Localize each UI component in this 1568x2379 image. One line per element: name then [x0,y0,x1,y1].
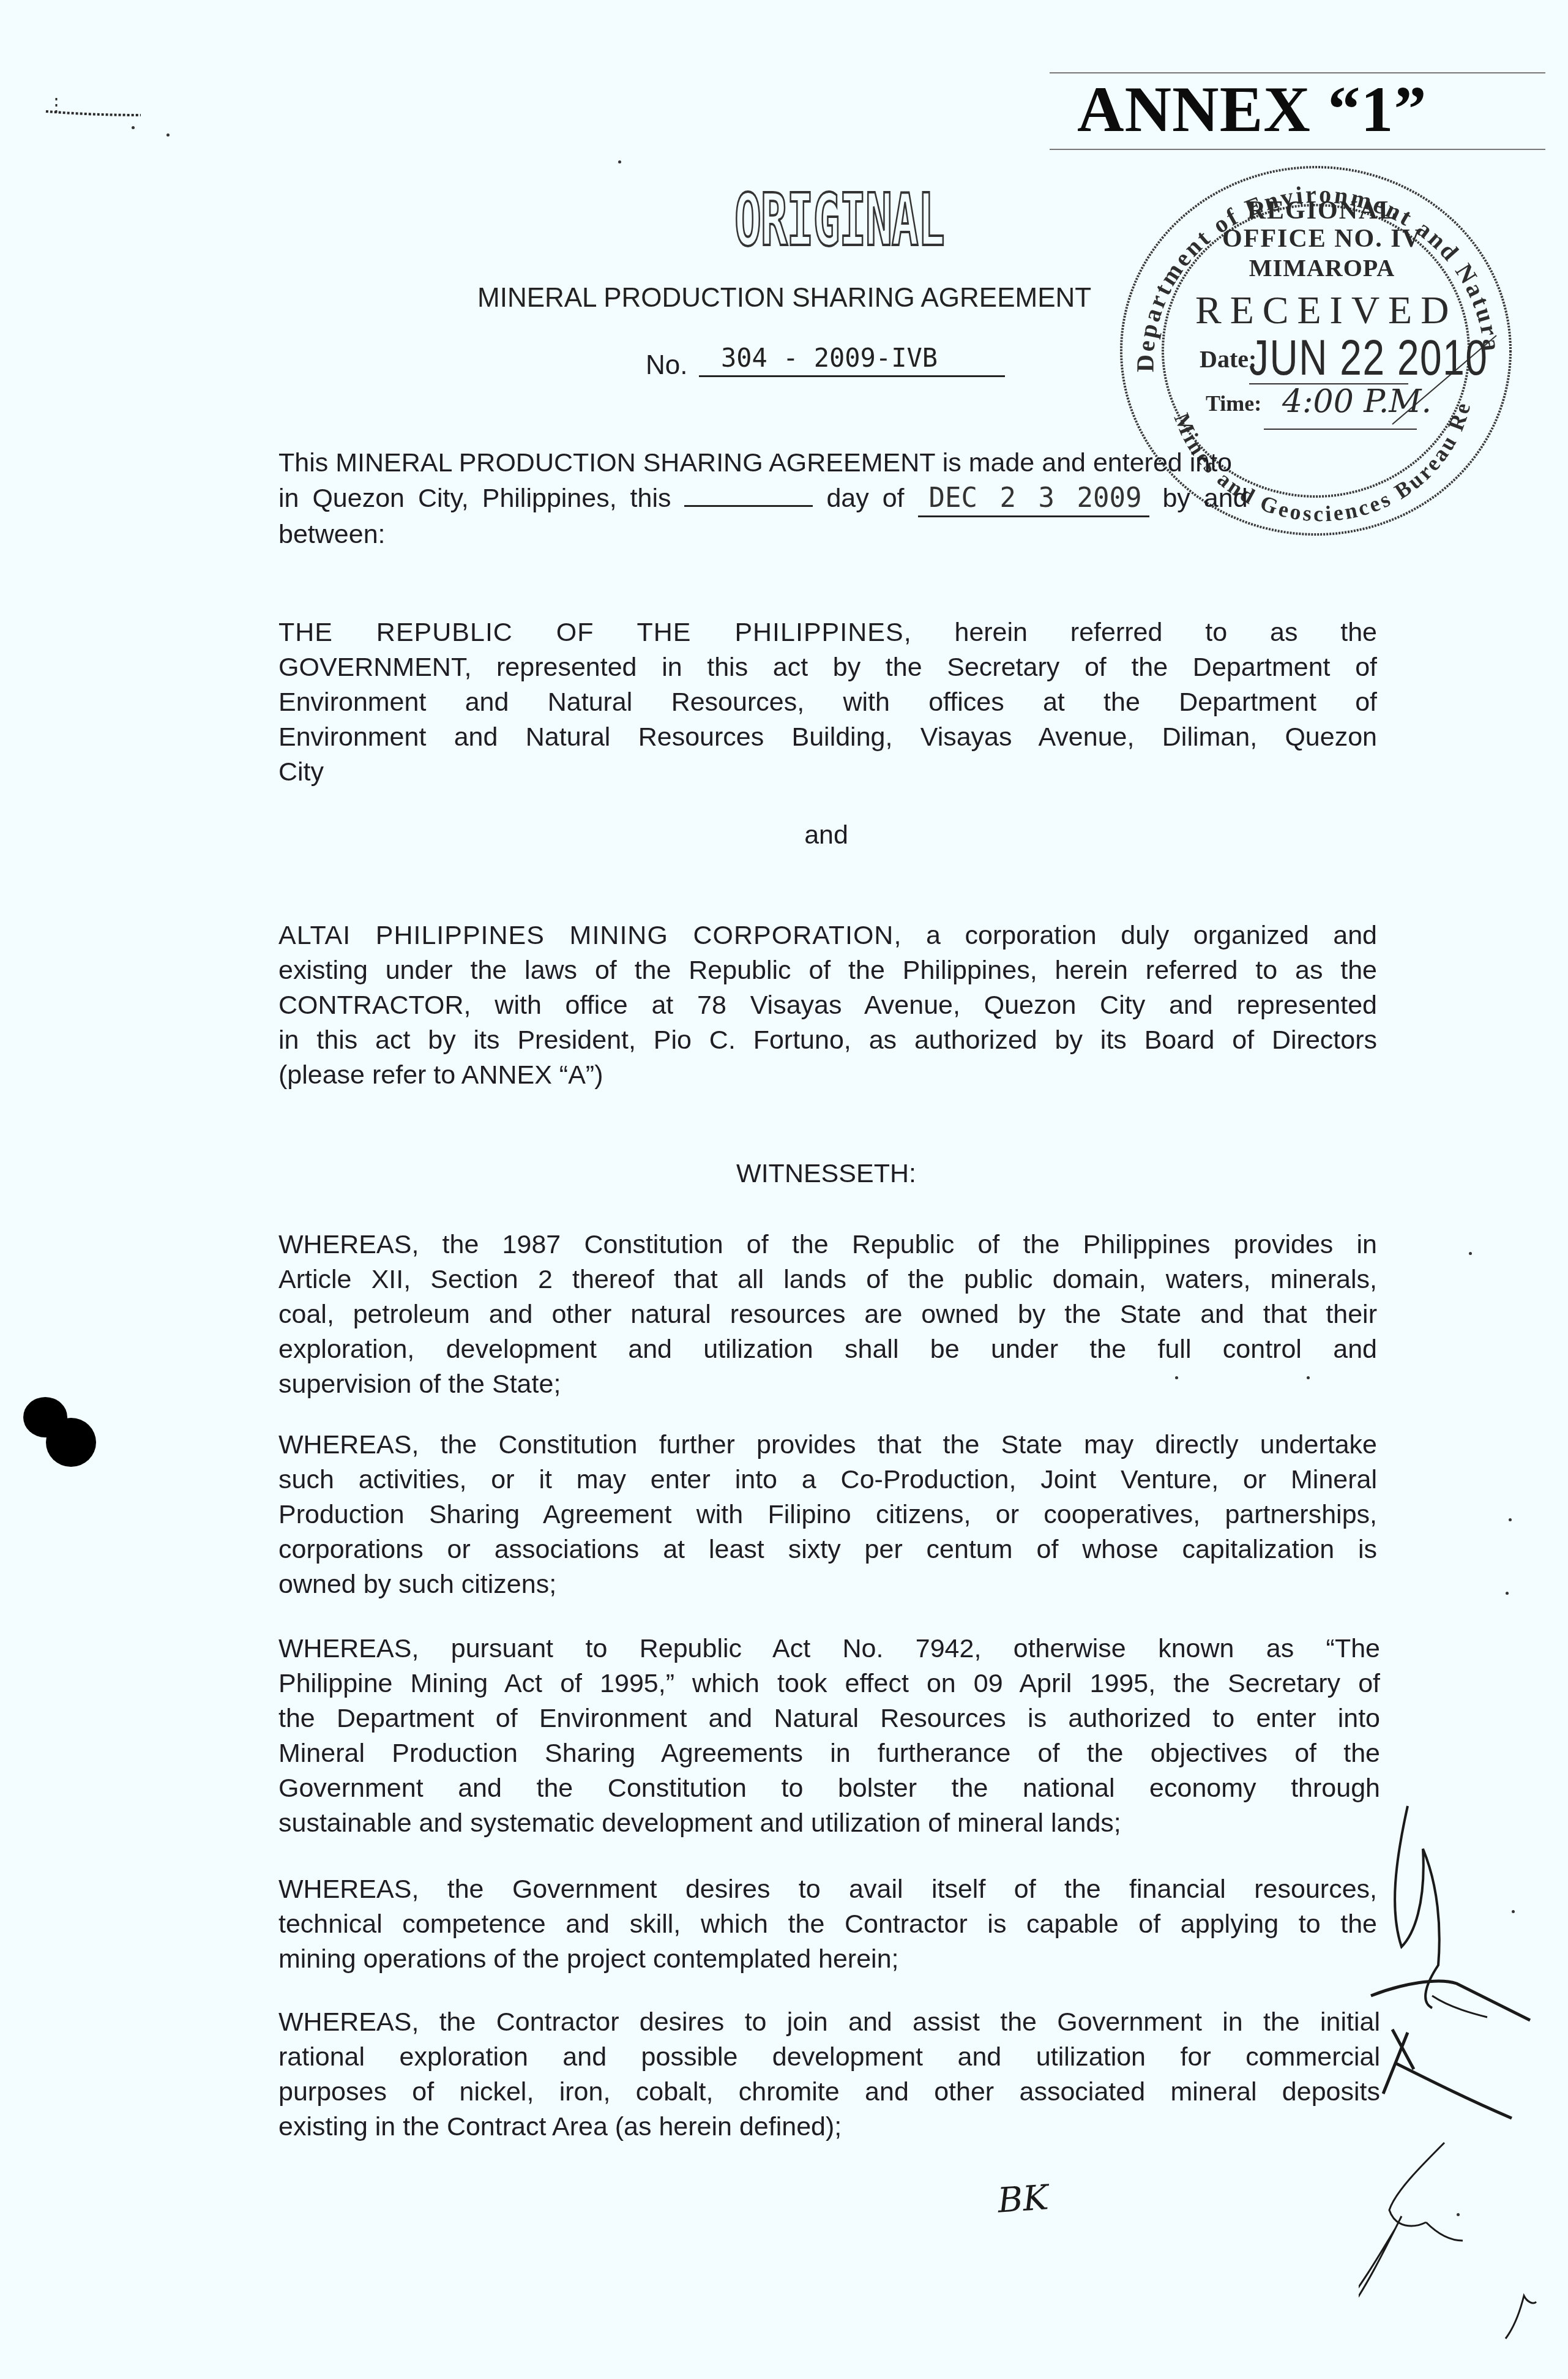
clause-line: WHEREAS, the Contractor desires to join … [278,2005,1380,2040]
whereas-clause-3: WHEREAS, pursuant to Republic Act No. 79… [278,1632,1380,1841]
document-title: MINERAL PRODUCTION SHARING AGREEMENT [477,283,1091,313]
intro-paragraph: This MINERAL PRODUCTION SHARING AGREEMEN… [278,446,1374,552]
clause-line: supervision of the State; [278,1367,1377,1402]
clause-line: mining operations of the project contemp… [278,1942,1377,1977]
stamp-time-line [1264,429,1417,430]
contractor-line: (please refer to ANNEX “A”) [278,1058,1377,1093]
stamp-date-label: Date: [1200,345,1256,373]
day-of-label: day of [826,484,904,513]
government-line: GOVERNMENT, represented in this act by t… [278,650,1377,685]
by-and-text: by and [1162,484,1247,513]
stamp-time-label: Time: [1206,391,1261,416]
agreement-number-label: No. [646,350,687,381]
government-party-paragraph: THE REPUBLIC OF THE PHILIPPINES, herein … [278,615,1377,790]
stamp-time-value: 4:00 P.M. [1282,383,1432,420]
clause-line: owned by such citizens; [278,1567,1377,1602]
clause-line: WHEREAS, the Constitution further provid… [278,1428,1377,1463]
speck [1307,1376,1310,1379]
contractor-line: existing under the laws of the Republic … [278,953,1377,988]
government-line: Environment and Natural Resources Buildi… [278,720,1377,755]
speck [618,160,621,163]
clause-line: the Department of Environment and Natura… [278,1701,1380,1736]
whereas-clause-2: WHEREAS, the Constitution further provid… [278,1428,1377,1602]
signature-initials-icon [1359,1788,1567,2379]
speck [1506,1592,1509,1595]
clause-line: coal, petroleum and other natural resour… [278,1297,1377,1332]
contractor-line: a corporation duly organized and [926,921,1377,950]
clause-line: Production Sharing Agreement with Filipi… [278,1497,1377,1532]
government-line: Environment and Natural Resources, with … [278,685,1377,720]
government-line: City [278,755,1377,790]
government-line: herein referred to as the [954,618,1377,647]
clause-line: Mineral Production Sharing Agreements in… [278,1736,1380,1771]
stamp-date-value: JUN 22 2010 [1249,329,1488,387]
government-name: THE REPUBLIC OF THE PHILIPPINES, [278,618,912,647]
pen-mark-icon [43,80,153,116]
clause-line: WHEREAS, the Government desires to avail… [278,1872,1377,1907]
annex-title: ANNEX “1” [1077,72,1530,147]
whereas-clause-5: WHEREAS, the Contractor desires to join … [278,2005,1380,2145]
speck [1457,2213,1460,2216]
clause-line: Government and the Constitution to bolst… [278,1771,1380,1806]
stamp-received: RECEIVED [1195,288,1452,333]
clause-line: technical competence and skill, which th… [278,1907,1377,1942]
clause-line: rational exploration and possible develo… [278,2040,1380,2075]
clause-line: sustainable and systematic development a… [278,1806,1380,1841]
intro-agreement-name: This MINERAL PRODUCTION SHARING AGREEMEN… [278,448,935,478]
clause-line: WHEREAS, pursuant to Republic Act No. 79… [278,1632,1380,1666]
stamp-regional: REGIONAL [1221,196,1423,225]
clause-line: Article XII, Section 2 thereof that all … [278,1262,1377,1297]
clause-line: corporations or associations at least si… [278,1532,1377,1567]
speck [1509,1518,1512,1521]
contractor-line: in this act by its President, Pio C. For… [278,1023,1377,1058]
intro-between: between: [278,517,1374,552]
annex-bottom-rule [1050,149,1545,150]
intro-made-text: is made and entered into [943,448,1232,478]
speck [1512,1910,1515,1913]
speck [1469,1252,1472,1255]
punch-hole-mark [46,1418,96,1467]
clause-line: WHEREAS, the 1987 Constitution of the Re… [278,1227,1377,1262]
clause-line: Philippine Mining Act of 1995,” which to… [278,1666,1380,1701]
contractor-line: CONTRACTOR, with office at 78 Visayas Av… [278,988,1377,1023]
agreement-number-value: 304 - 2009-IVB [699,343,1005,377]
contractor-party-paragraph: ALTAI PHILIPPINES MINING CORPORATION, a … [278,918,1377,1093]
stamp-region: MIMAROPA [1221,253,1423,282]
signing-date-stamp: DEC 2 3 2009 [918,481,1149,517]
speck [132,126,135,129]
whereas-clause-1: WHEREAS, the 1987 Constitution of the Re… [278,1227,1377,1402]
intro-location-text: in Quezon City, Philippines, this [278,484,671,513]
clause-line: purposes of nickel, iron, cobalt, chromi… [278,2075,1380,2110]
speck [1175,1376,1178,1379]
clause-line: existing in the Contract Area (as herein… [278,2110,1380,2145]
conjunction-and: and [0,820,1568,850]
clause-line: exploration, development and utilization… [278,1332,1377,1367]
stamp-office: OFFICE NO. IV [1209,224,1435,253]
witnesseth-heading: WITNESSETH: [0,1159,1568,1189]
original-stamp: ORIGINAL [734,178,944,262]
contractor-name: ALTAI PHILIPPINES MINING CORPORATION, [278,921,902,950]
clause-line: such activities, or it may enter into a … [278,1463,1377,1497]
day-blank-field [684,481,813,507]
initials-mark: BK [996,2178,1050,2221]
whereas-clause-4: WHEREAS, the Government desires to avail… [278,1872,1377,1977]
speck [166,133,170,137]
